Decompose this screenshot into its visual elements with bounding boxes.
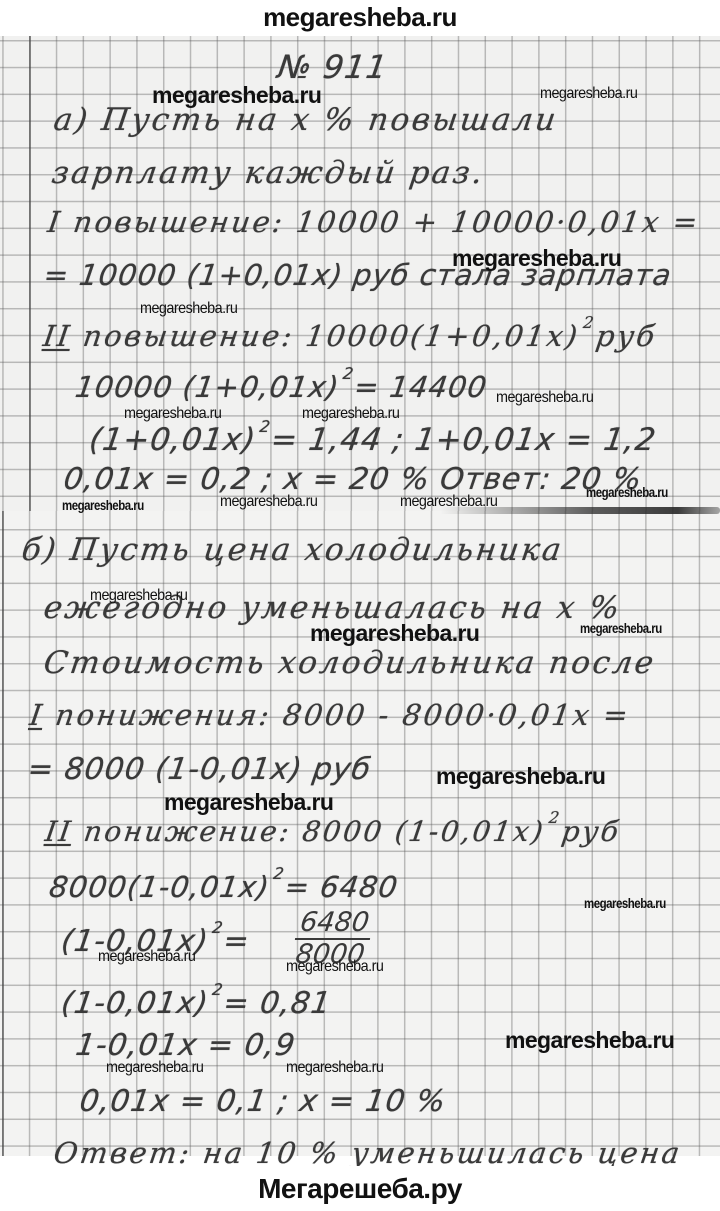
watermark: megaresheba.ru [286, 1059, 383, 1077]
watermark: megaresheba.ru [106, 1059, 203, 1077]
part-b-line-5: = 8000 (1-0,01x) руб [26, 752, 374, 787]
margin-line [2, 511, 4, 1156]
watermark: megaresheba.ru [286, 958, 383, 976]
watermark: megaresheba.ru [496, 389, 593, 407]
part-a-line-6: 10000 (1+0,01x)2= 14400 [73, 364, 490, 404]
watermark: megaresheba.ru [580, 620, 662, 636]
watermark: megaresheba.ru [164, 789, 333, 816]
watermark: megaresheba.ru [98, 948, 195, 966]
part-a-line-7: (1+0,01x)2= 1,44 ; 1+0,01x = 1,2 [87, 417, 659, 458]
watermark: megaresheba.ru [302, 405, 399, 423]
watermark: megaresheba.ru [505, 1027, 674, 1054]
part-a-line-2: зарплату каждый раз. [49, 155, 487, 191]
part-b-line-10: 1-0,01x = 0,9 [74, 1028, 298, 1063]
part-a-line-5: II повышение: 10000(1+0,01x)2руб [41, 313, 660, 353]
part-b-label: б) [19, 532, 60, 568]
watermark: megaresheba.ru [310, 620, 479, 647]
part-b-line-1: б) Пусть цена холодильника [19, 532, 565, 568]
problem-number: № 911 [275, 48, 390, 86]
part-b-line-3: Стоимость холодильника после [41, 645, 658, 681]
part-b-line-6: II понижение: 8000 (1-0,01x)2руб [43, 808, 624, 848]
part-b-line-4: I понижения: 8000 - 8000·0,01x = [28, 698, 633, 732]
watermark: megaresheba.ru [452, 245, 621, 272]
part-b-intro-text: Пусть цена холодильника [68, 532, 566, 568]
watermark: megaresheba.ru [400, 493, 497, 511]
watermark: megaresheba.ru [140, 300, 237, 318]
watermark: megaresheba.ru [90, 587, 187, 605]
part-b-line-9: (1-0,01x)2= 0,81 [59, 980, 334, 1021]
part-a-label: а) [51, 102, 92, 138]
site-footer: Мегарешеба.ру [0, 1166, 720, 1211]
watermark: megaresheba.ru [124, 405, 221, 423]
watermark: megaresheba.ru [584, 895, 666, 911]
site-header: megaresheba.ru [0, 0, 720, 36]
part-a-line-8: 0,01x = 0,2 ; x = 20 % Ответ: 20 % [62, 462, 645, 497]
watermark: megaresheba.ru [540, 85, 637, 103]
part-b-line-11: 0,01x = 0,1 ; x = 10 % [78, 1084, 449, 1119]
watermark: megaresheba.ru [436, 763, 605, 790]
fraction-numerator: 6480 [295, 908, 374, 940]
watermark: megaresheba.ru [152, 82, 321, 109]
watermark: megaresheba.ru [62, 497, 144, 513]
watermark: megaresheba.ru [586, 484, 668, 500]
part-b-line-7: 8000(1-0,01x)2= 6480 [47, 864, 401, 904]
watermark: megaresheba.ru [220, 493, 317, 511]
margin-line [29, 36, 31, 511]
part-b-answer: Ответ: на 10 % уменьшилась цена [52, 1136, 684, 1170]
part-a-line-3: I повышение: 10000 + 10000·0,01x = [46, 205, 703, 239]
